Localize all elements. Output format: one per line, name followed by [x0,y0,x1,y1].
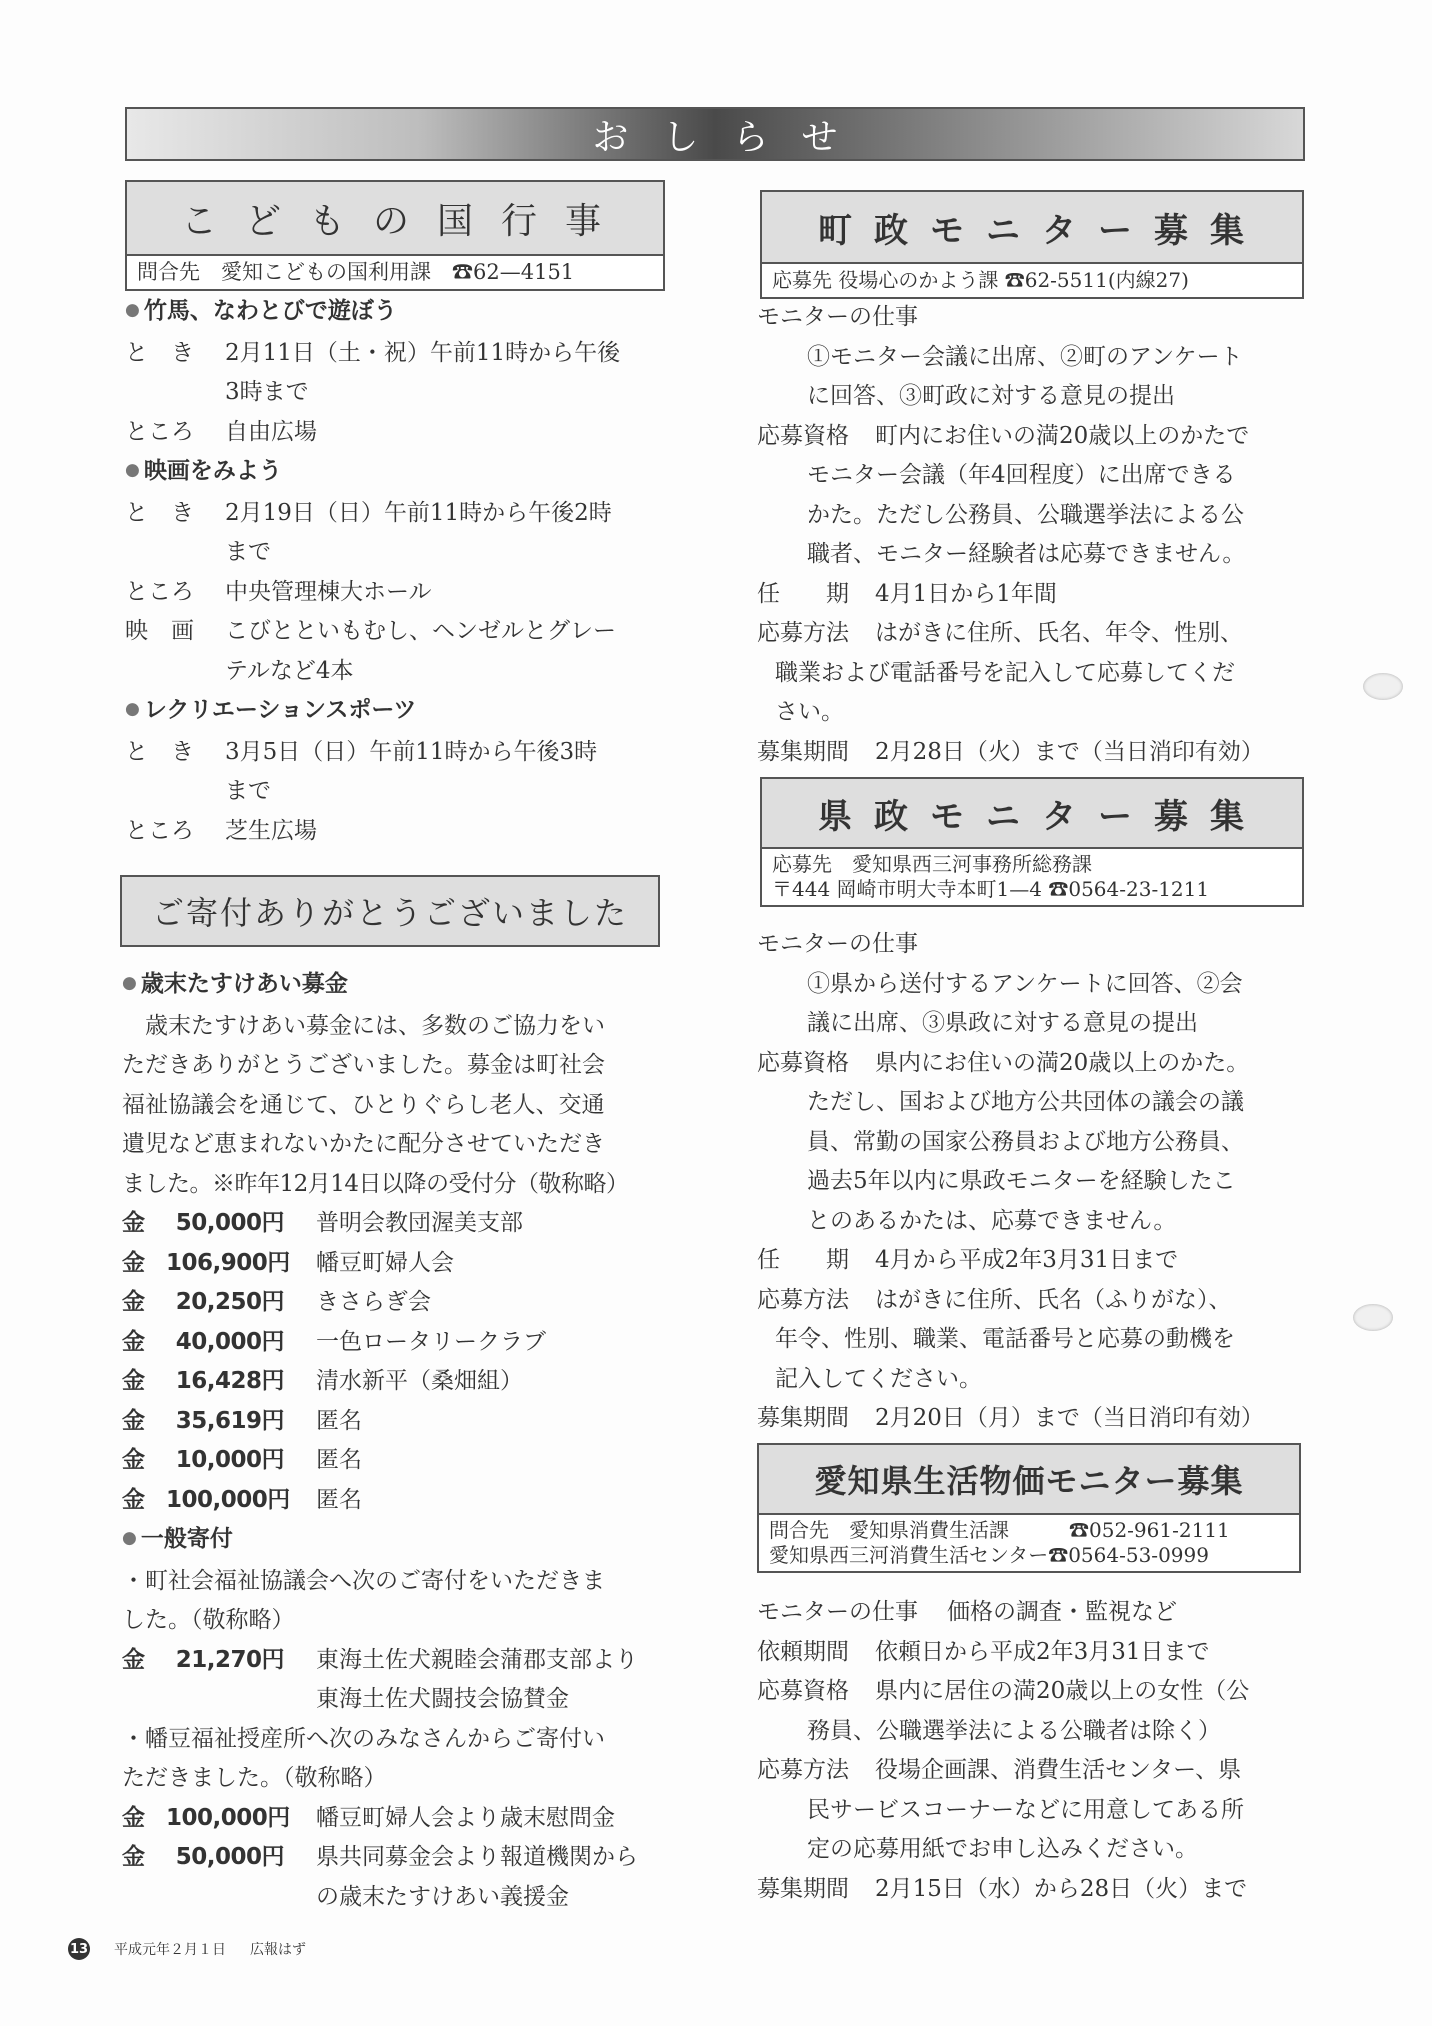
contact-phone: 62-5511(内線27) [1025,268,1189,292]
row-text: 2月19日（日）午前11時から午後2時 [225,494,612,534]
row-label: ところ [125,812,225,852]
donation-row: 金50,000円普明会教団渥美支部 [122,1204,682,1244]
kodomo-contact: 問合先 愛知こどもの国利用課 62—4151 [127,254,663,289]
donor-name: 匿名 [284,1481,362,1521]
donation-row: 金100,000円幡豆町婦人会より歳末慰問金 [122,1799,682,1839]
donation-row-cont: の歳末たすけあい義援金 [122,1878,682,1918]
chosei-details: モニターの仕事 ①モニター会議に出席、②町のアンケート に回答、③町政に対する意… [757,298,1313,772]
kin-label: 金 [122,1283,166,1323]
donor-name: 幡豆町婦人会 [284,1244,454,1284]
page-banner: おしらせ [125,107,1305,161]
event-row: 3時まで [125,373,670,413]
kensei-title: 県政モニター募集 [762,779,1302,847]
row-text: 中央管理棟大ホール [225,573,432,613]
row-label: モニターの仕事 [757,1593,947,1633]
detail-row: 募集期間2月28日（火）まで（当日消印有効） [757,733,1313,773]
detail-line: 議に出席、③県政に対する意見の提出 [757,1004,1313,1044]
contact-phone: 0564-53-0999 [1068,1543,1209,1567]
paragraph-line: 遺児など恵まれないかたに配分させていただき [122,1125,682,1165]
kin-label: 金 [122,1838,166,1878]
row-label: ところ [125,573,225,613]
row-text: 依頼日から平成2年3月31日まで [875,1633,1210,1673]
row-text: 2月15日（水）から28日（火）まで [875,1870,1247,1910]
detail-row: 募集期間2月20日（月）まで（当日消印有効） [757,1399,1313,1439]
kin-label: 金 [122,1481,166,1521]
event-heading: レクリエーションスポーツ [125,691,670,733]
note-line: ・幡豆福祉授産所へ次のみなさんからご寄付い [122,1720,682,1760]
donation-amount: 10,000円 [166,1441,284,1481]
donor-name: 匿名 [284,1402,362,1442]
paragraph-line: ました。※昨年12月14日以降の受付分（敬称略） [122,1165,682,1205]
detail-line: とのあるかたは、応募できません。 [757,1202,1313,1242]
chosei-contact: 応募先 役場心のかよう課 62-5511(内線27) [762,262,1302,297]
kin-label: 金 [122,1244,166,1284]
row-text: こびとといもむし、ヘンゼルとグレー [225,612,616,652]
kensei-header-box: 県政モニター募集 応募先 愛知県西三河事務所総務課 〒444 岡崎市明大寺本町1… [760,777,1304,907]
detail-line: 民サービスコーナーなどに用意してある所 [757,1791,1313,1831]
event-row: まで [125,772,670,812]
donation-row: 金10,000円匿名 [122,1441,682,1481]
detail-line: 年令、性別、職業、電話番号と応募の動機を [757,1320,1313,1360]
row-label: 応募方法 [757,1281,875,1321]
donation-amount: 20,250円 [166,1283,284,1323]
contact-phone: 052-961-2111 [1089,1518,1230,1542]
detail-line: 過去5年以内に県政モニターを経験したこ [757,1162,1313,1202]
donor-name-cont: の歳末たすけあい義援金 [284,1878,569,1918]
row-label: 応募資格 [757,1044,875,1084]
row-text: 役場企画課、消費生活センター、県 [875,1751,1241,1791]
bukka-header-box: 愛知県生活物価モニター募集 問合先 愛知県消費生活課 052-961-2111 … [757,1443,1301,1573]
row-label: 任 期 [757,1241,875,1281]
detail-line: ①県から送付するアンケートに回答、②会 [757,965,1313,1005]
paragraph-line: 歳末たすけあい募金には、多数のご協力をい [122,1007,682,1047]
banner-title: おしらせ [559,109,872,160]
donor-name: きさらぎ会 [284,1283,431,1323]
row-text: はがきに住所、氏名、年令、性別、 [875,614,1243,654]
donor-name: 一色ロータリークラブ [284,1323,546,1363]
row-label: 映 画 [125,612,225,652]
phone-icon [452,260,473,284]
row-label: 募集期間 [757,1399,875,1439]
row-text: 町内にお住いの満20歳以上のかたで [875,417,1249,457]
donor-name: 東海土佐犬親睦会蒲郡支部より [284,1641,638,1681]
note-line: ・町社会福祉協議会へ次のご寄付をいただきま [122,1562,682,1602]
chosei-title: 町政モニター募集 [762,192,1302,262]
kin-label: 金 [122,1323,166,1363]
contact-label: 応募先 愛知県西三河事務所総務課 [772,852,1292,877]
donor-name: 幡豆町婦人会より歳末慰問金 [284,1799,615,1839]
detail-row: 応募方法はがきに住所、氏名（ふりがな）、 [757,1281,1313,1321]
paragraph-line: 福祉協議会を通じて、ひとりぐらし老人、交通 [122,1086,682,1126]
contact-address: 〒444 岡崎市明大寺本町1—4 [772,877,1048,901]
kodomo-header-box: こどもの国行事 問合先 愛知こどもの国利用課 62—4151 [125,180,665,291]
donor-name: 匿名 [284,1441,362,1481]
event-row: ところ自由広場 [125,413,670,453]
donation-row: 金21,270円東海土佐犬親睦会蒲郡支部より [122,1641,682,1681]
row-text: 2月11日（土・祝）午前11時から午後 [225,334,620,374]
row-label: 応募資格 [757,1672,875,1712]
event-row: ところ芝生広場 [125,812,670,852]
contact-phone: 62—4151 [473,260,574,284]
detail-row: 任 期4月1日から1年間 [757,575,1313,615]
detail-line: ただし、国および地方公共団体の議会の議 [757,1083,1313,1123]
detail-line: さい。 [757,693,1313,733]
detail-line: 務員、公職選挙法による公職者は除く） [757,1712,1313,1752]
detail-row: 応募方法役場企画課、消費生活センター、県 [757,1751,1313,1791]
bukka-details: モニターの仕事価格の調査・監視など 依頼期間依頼日から平成2年3月31日まで 応… [757,1593,1313,1909]
kensei-contact: 応募先 愛知県西三河事務所総務課 〒444 岡崎市明大寺本町1—4 0564-2… [762,847,1302,905]
issue-date: 平成元年２月１日 [114,1939,226,1959]
binder-hole [1353,1304,1393,1331]
row-text: 県内に居住の満20歳以上の女性（公 [875,1672,1249,1712]
detail-line: かた。ただし公務員、公職選挙法による公 [757,496,1313,536]
detail-line: に回答、③町政に対する意見の提出 [757,377,1313,417]
event-row: 映 画こびとといもむし、ヘンゼルとグレー [125,612,670,652]
detail-row: 任 期4月から平成2年3月31日まで [757,1241,1313,1281]
detail-row: 募集期間2月15日（水）から28日（火）まで [757,1870,1313,1910]
detail-line: 職業および電話番号を記入して応募してくだ [757,654,1313,694]
kin-label: 金 [122,1441,166,1481]
contact-label: 問合先 愛知県消費生活課 [769,1518,1069,1542]
donation-row: 金40,000円一色ロータリークラブ [122,1323,682,1363]
row-text: まで [225,772,271,812]
section-heading: 一般寄付 [122,1520,682,1562]
row-label: 任 期 [757,575,875,615]
donor-name-cont: 東海土佐犬闘技会協賛金 [284,1680,569,1720]
donor-name: 普明会教団渥美支部 [284,1204,523,1244]
kifu-header-box: ご寄付ありがとうございました [120,875,660,947]
detail-line: モニターの仕事 [757,925,1313,965]
event-heading: 竹馬、なわとびで遊ぼう [125,292,670,334]
row-text: 3月5日（日）午前11時から午後3時 [225,733,597,773]
detail-row: 依頼期間依頼日から平成2年3月31日まで [757,1633,1313,1673]
row-text: 芝生広場 [225,812,317,852]
donation-row: 金20,250円きさらぎ会 [122,1283,682,1323]
row-label: と き [125,733,225,773]
contact-label: 問合先 愛知こどもの国利用課 [137,260,452,284]
kin-label: 金 [122,1362,166,1402]
row-label: と き [125,334,225,374]
event-row: と き2月11日（土・祝）午前11時から午後 [125,334,670,374]
donation-amount: 40,000円 [166,1323,284,1363]
page-footer: 13 平成元年２月１日 広報はず [68,1938,306,1960]
section-heading: 歳末たすけあい募金 [122,965,682,1007]
donation-row: 金100,000円匿名 [122,1481,682,1521]
donation-amount: 106,900円 [166,1244,284,1284]
donor-name: 県共同募金会より報道機関から [284,1838,638,1878]
phone-icon [1048,1543,1068,1567]
kin-label: 金 [122,1402,166,1442]
phone-icon [1069,1518,1089,1542]
row-label: 応募資格 [757,417,875,457]
row-label: 応募方法 [757,1751,875,1791]
kodomo-events: 竹馬、なわとびで遊ぼう と き2月11日（土・祝）午前11時から午後 3時まで … [125,292,670,851]
donation-amount: 100,000円 [166,1799,284,1839]
donation-row: 金106,900円幡豆町婦人会 [122,1244,682,1284]
row-text: 県内にお住いの満20歳以上のかた。 [875,1044,1249,1084]
kin-label: 金 [122,1641,166,1681]
row-label: ところ [125,413,225,453]
event-row: と き2月19日（日）午前11時から午後2時 [125,494,670,534]
donation-amount: 50,000円 [166,1204,284,1244]
binder-hole [1363,673,1403,700]
note-line: ただきました。（敬称略） [122,1759,682,1799]
kifu-content: 歳末たすけあい募金 歳末たすけあい募金には、多数のご協力をい ただきありがとうご… [122,965,682,1917]
detail-line: 定の応募用紙でお申し込みください。 [757,1830,1313,1870]
row-label: と き [125,494,225,534]
kensei-details: モニターの仕事 ①県から送付するアンケートに回答、②会 議に出席、③県政に対する… [757,925,1313,1439]
donation-row: 金16,428円清水新平（桑畑組） [122,1362,682,1402]
row-text: まで [225,533,271,573]
donation-row-cont: 東海土佐犬闘技会協賛金 [122,1680,682,1720]
donation-amount: 16,428円 [166,1362,284,1402]
donation-row: 金35,619円匿名 [122,1402,682,1442]
kifu-title: ご寄付ありがとうございました [122,877,658,945]
bukka-title: 愛知県生活物価モニター募集 [759,1445,1299,1513]
row-label: 応募方法 [757,614,875,654]
kin-label: 金 [122,1799,166,1839]
donation-amount: 50,000円 [166,1838,284,1878]
detail-row: 応募方法はがきに住所、氏名、年令、性別、 [757,614,1313,654]
event-row: と き3月5日（日）午前11時から午後3時 [125,733,670,773]
detail-row: 応募資格県内に居住の満20歳以上の女性（公 [757,1672,1313,1712]
detail-line: 記入してください。 [757,1360,1313,1400]
event-heading: 映画をみよう [125,452,670,494]
detail-line: ①モニター会議に出席、②町のアンケート [757,338,1313,378]
donation-amount: 21,270円 [166,1641,284,1681]
kodomo-title: こどもの国行事 [127,182,663,254]
detail-row: 応募資格県内にお住いの満20歳以上のかた。 [757,1044,1313,1084]
row-label: 募集期間 [757,733,875,773]
row-text: はがきに住所、氏名（ふりがな）、 [875,1281,1232,1321]
row-text: 自由広場 [225,413,317,453]
row-text: 2月20日（月）まで（当日消印有効） [875,1399,1264,1439]
row-text: 2月28日（火）まで（当日消印有効） [875,733,1264,773]
event-row: テルなど4本 [125,652,670,692]
bukka-contact: 問合先 愛知県消費生活課 052-961-2111 愛知県西三河消費生活センター… [759,1513,1299,1571]
donation-row: 金50,000円県共同募金会より報道機関から [122,1838,682,1878]
phone-icon [1048,877,1068,901]
detail-line: 員、常勤の国家公務員および地方公務員、 [757,1123,1313,1163]
detail-line: モニター会議（年4回程度）に出席できる [757,456,1313,496]
event-row: ところ中央管理棟大ホール [125,573,670,613]
donation-amount: 100,000円 [166,1481,284,1521]
note-line: した。（敬称略） [122,1601,682,1641]
donation-amount: 35,619円 [166,1402,284,1442]
phone-icon [1005,268,1025,292]
kin-label: 金 [122,1204,166,1244]
row-label: 依頼期間 [757,1633,875,1673]
event-row: まで [125,533,670,573]
row-text: 3時まで [225,373,309,413]
donor-name: 清水新平（桑畑組） [284,1362,523,1402]
row-text: テルなど4本 [225,652,353,692]
detail-line: モニターの仕事 [757,298,1313,338]
contact-label: 応募先 役場心のかよう課 [772,268,1005,292]
detail-line: 職者、モニター経験者は応募できません。 [757,535,1313,575]
contact-label: 愛知県西三河消費生活センター [769,1543,1048,1567]
detail-row: モニターの仕事価格の調査・監視など [757,1593,1313,1633]
contact-phone: 0564-23-1211 [1068,877,1209,901]
row-label: 募集期間 [757,1870,875,1910]
row-text: 4月1日から1年間 [875,575,1057,615]
detail-row: 応募資格町内にお住いの満20歳以上のかたで [757,417,1313,457]
chosei-header-box: 町政モニター募集 応募先 役場心のかよう課 62-5511(内線27) [760,190,1304,299]
paragraph-line: ただきありがとうございました。募金は町社会 [122,1046,682,1086]
row-text: 価格の調査・監視など [947,1593,1177,1633]
page-number: 13 [68,1938,90,1960]
publication-name: 広報はず [250,1939,306,1959]
row-text: 4月から平成2年3月31日まで [875,1241,1178,1281]
